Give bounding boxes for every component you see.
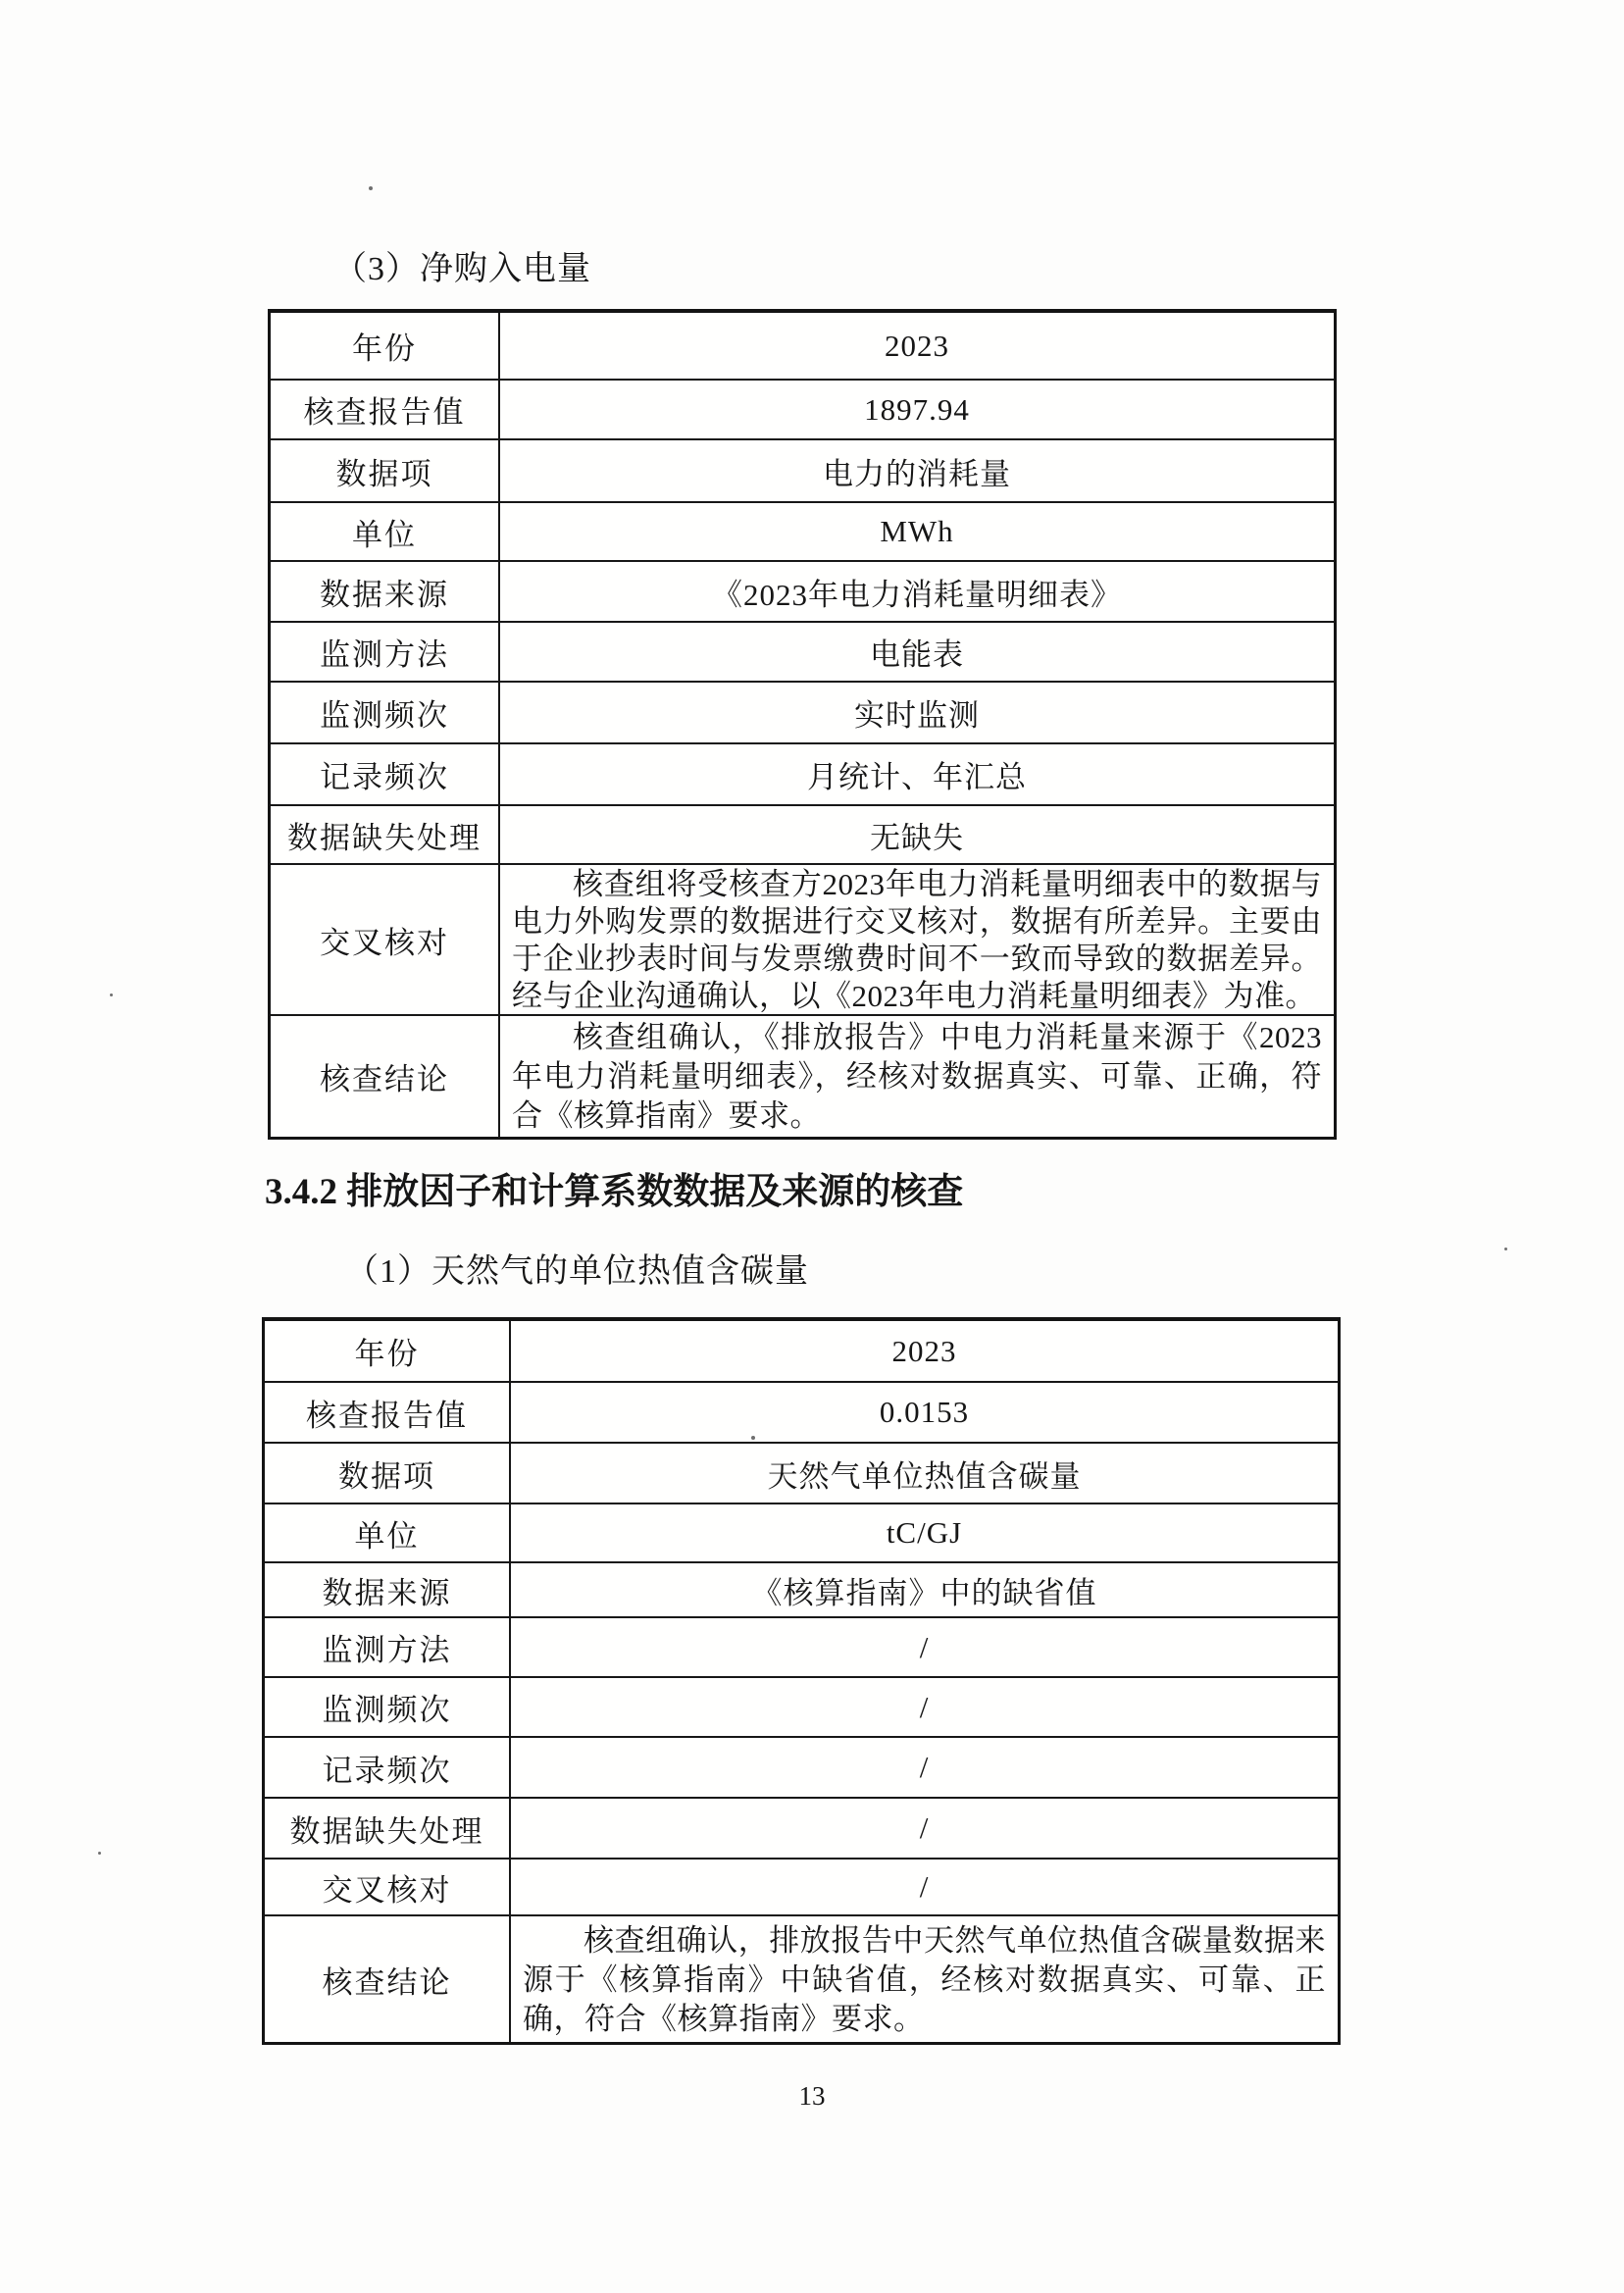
row-value: 无缺失	[500, 806, 1334, 863]
row-value: 2023	[511, 1321, 1338, 1381]
table-natural-gas-carbon-content: 年份 2023 核查报告值 0.0153 数据项 天然气单位热值含碳量 单位 t…	[262, 1317, 1341, 2045]
row-label: 数据项	[271, 440, 500, 501]
row-label: 单位	[265, 1504, 511, 1561]
row-label: 监测方法	[271, 623, 500, 681]
scan-speck	[369, 186, 373, 190]
table-row: 交叉核对 /	[265, 1858, 1338, 1914]
row-label: 记录频次	[265, 1738, 511, 1797]
row-value: 1897.94	[500, 381, 1334, 438]
subsection-heading-net-purchased-electricity: （3）净购入电量	[333, 241, 591, 289]
row-label: 年份	[265, 1321, 511, 1381]
row-label: 交叉核对	[265, 1860, 511, 1914]
row-value: /	[511, 1738, 1338, 1797]
table-row: 数据项 电力的消耗量	[271, 438, 1334, 501]
row-label: 核查结论	[271, 1016, 500, 1137]
row-value: 核查组确认，排放报告中天然气单位热值含碳量数据来源于《核算指南》中缺省值，经核对…	[511, 1916, 1338, 2042]
row-label: 数据来源	[265, 1563, 511, 1616]
table-row: 监测方法 /	[265, 1616, 1338, 1676]
row-value: 《核算指南》中的缺省值	[511, 1563, 1338, 1616]
row-label: 年份	[271, 313, 500, 379]
table-row: 核查报告值 1897.94	[271, 379, 1334, 438]
table-row: 数据缺失处理 无缺失	[271, 804, 1334, 863]
row-label: 数据缺失处理	[265, 1799, 511, 1858]
table-row: 数据来源 《核算指南》中的缺省值	[265, 1561, 1338, 1616]
subsection-heading-ng-carbon-content: （1）天然气的单位热值含碳量	[345, 1244, 809, 1292]
table-row: 核查报告值 0.0153	[265, 1381, 1338, 1442]
table-row-conclusion: 核查结论 核查组确认，《排放报告》中电力消耗量来源于《2023年电力消耗量明细表…	[271, 1014, 1334, 1137]
table-row: 年份 2023	[271, 313, 1334, 379]
row-value: 0.0153	[511, 1383, 1338, 1442]
row-value: 《2023年电力消耗量明细表》	[500, 562, 1334, 621]
row-value: 电力的消耗量	[500, 440, 1334, 501]
row-value: MWh	[500, 503, 1334, 560]
row-label: 核查报告值	[271, 381, 500, 438]
row-value: /	[511, 1618, 1338, 1676]
row-label: 数据缺失处理	[271, 806, 500, 863]
row-label: 数据项	[265, 1444, 511, 1503]
row-label: 监测频次	[265, 1678, 511, 1736]
row-value: 2023	[500, 313, 1334, 379]
section-heading-3-4-2: 3.4.2 排放因子和计算系数数据及来源的核查	[265, 1161, 963, 1214]
table-row: 年份 2023	[265, 1321, 1338, 1381]
row-label: 监测方法	[265, 1618, 511, 1676]
table-row: 监测方法 电能表	[271, 621, 1334, 681]
row-label: 记录频次	[271, 744, 500, 804]
row-label: 核查结论	[265, 1916, 511, 2042]
table-row-cross-check: 交叉核对 核查组将受核查方2023年电力消耗量明细表中的数据与电力外购发票的数据…	[271, 863, 1334, 1014]
row-value: 电能表	[500, 623, 1334, 681]
table-row: 数据缺失处理 /	[265, 1797, 1338, 1858]
scan-speck	[98, 1852, 101, 1855]
row-label: 单位	[271, 503, 500, 560]
table-row: 记录频次 /	[265, 1736, 1338, 1797]
row-label: 核查报告值	[265, 1383, 511, 1442]
table-net-purchased-electricity: 年份 2023 核查报告值 1897.94 数据项 电力的消耗量 单位 MWh …	[268, 309, 1337, 1140]
scan-speck	[1504, 1248, 1507, 1250]
row-value: /	[511, 1860, 1338, 1914]
table-row: 监测频次 /	[265, 1676, 1338, 1736]
table-row: 数据项 天然气单位热值含碳量	[265, 1442, 1338, 1503]
table-row: 单位 tC/GJ	[265, 1503, 1338, 1561]
table-row: 数据来源 《2023年电力消耗量明细表》	[271, 560, 1334, 621]
row-value: /	[511, 1799, 1338, 1858]
row-value: 核查组将受核查方2023年电力消耗量明细表中的数据与电力外购发票的数据进行交叉核…	[500, 865, 1334, 1014]
document-page: （3）净购入电量 年份 2023 核查报告值 1897.94 数据项 电力的消耗…	[0, 0, 1624, 2293]
table-row-conclusion: 核查结论 核查组确认，排放报告中天然气单位热值含碳量数据来源于《核算指南》中缺省…	[265, 1914, 1338, 2042]
row-value: 天然气单位热值含碳量	[511, 1444, 1338, 1503]
scan-speck	[751, 1436, 755, 1440]
table-row: 单位 MWh	[271, 501, 1334, 560]
row-value: /	[511, 1678, 1338, 1736]
page-number: 13	[0, 2081, 1624, 2112]
row-label: 交叉核对	[271, 865, 500, 1014]
row-label: 数据来源	[271, 562, 500, 621]
row-value: tC/GJ	[511, 1504, 1338, 1561]
row-value: 核查组确认，《排放报告》中电力消耗量来源于《2023年电力消耗量明细表》，经核对…	[500, 1016, 1334, 1137]
row-value: 月统计、年汇总	[500, 744, 1334, 804]
row-value: 实时监测	[500, 683, 1334, 742]
scan-speck	[110, 994, 113, 996]
table-row: 监测频次 实时监测	[271, 681, 1334, 742]
row-label: 监测频次	[271, 683, 500, 742]
table-row: 记录频次 月统计、年汇总	[271, 742, 1334, 804]
